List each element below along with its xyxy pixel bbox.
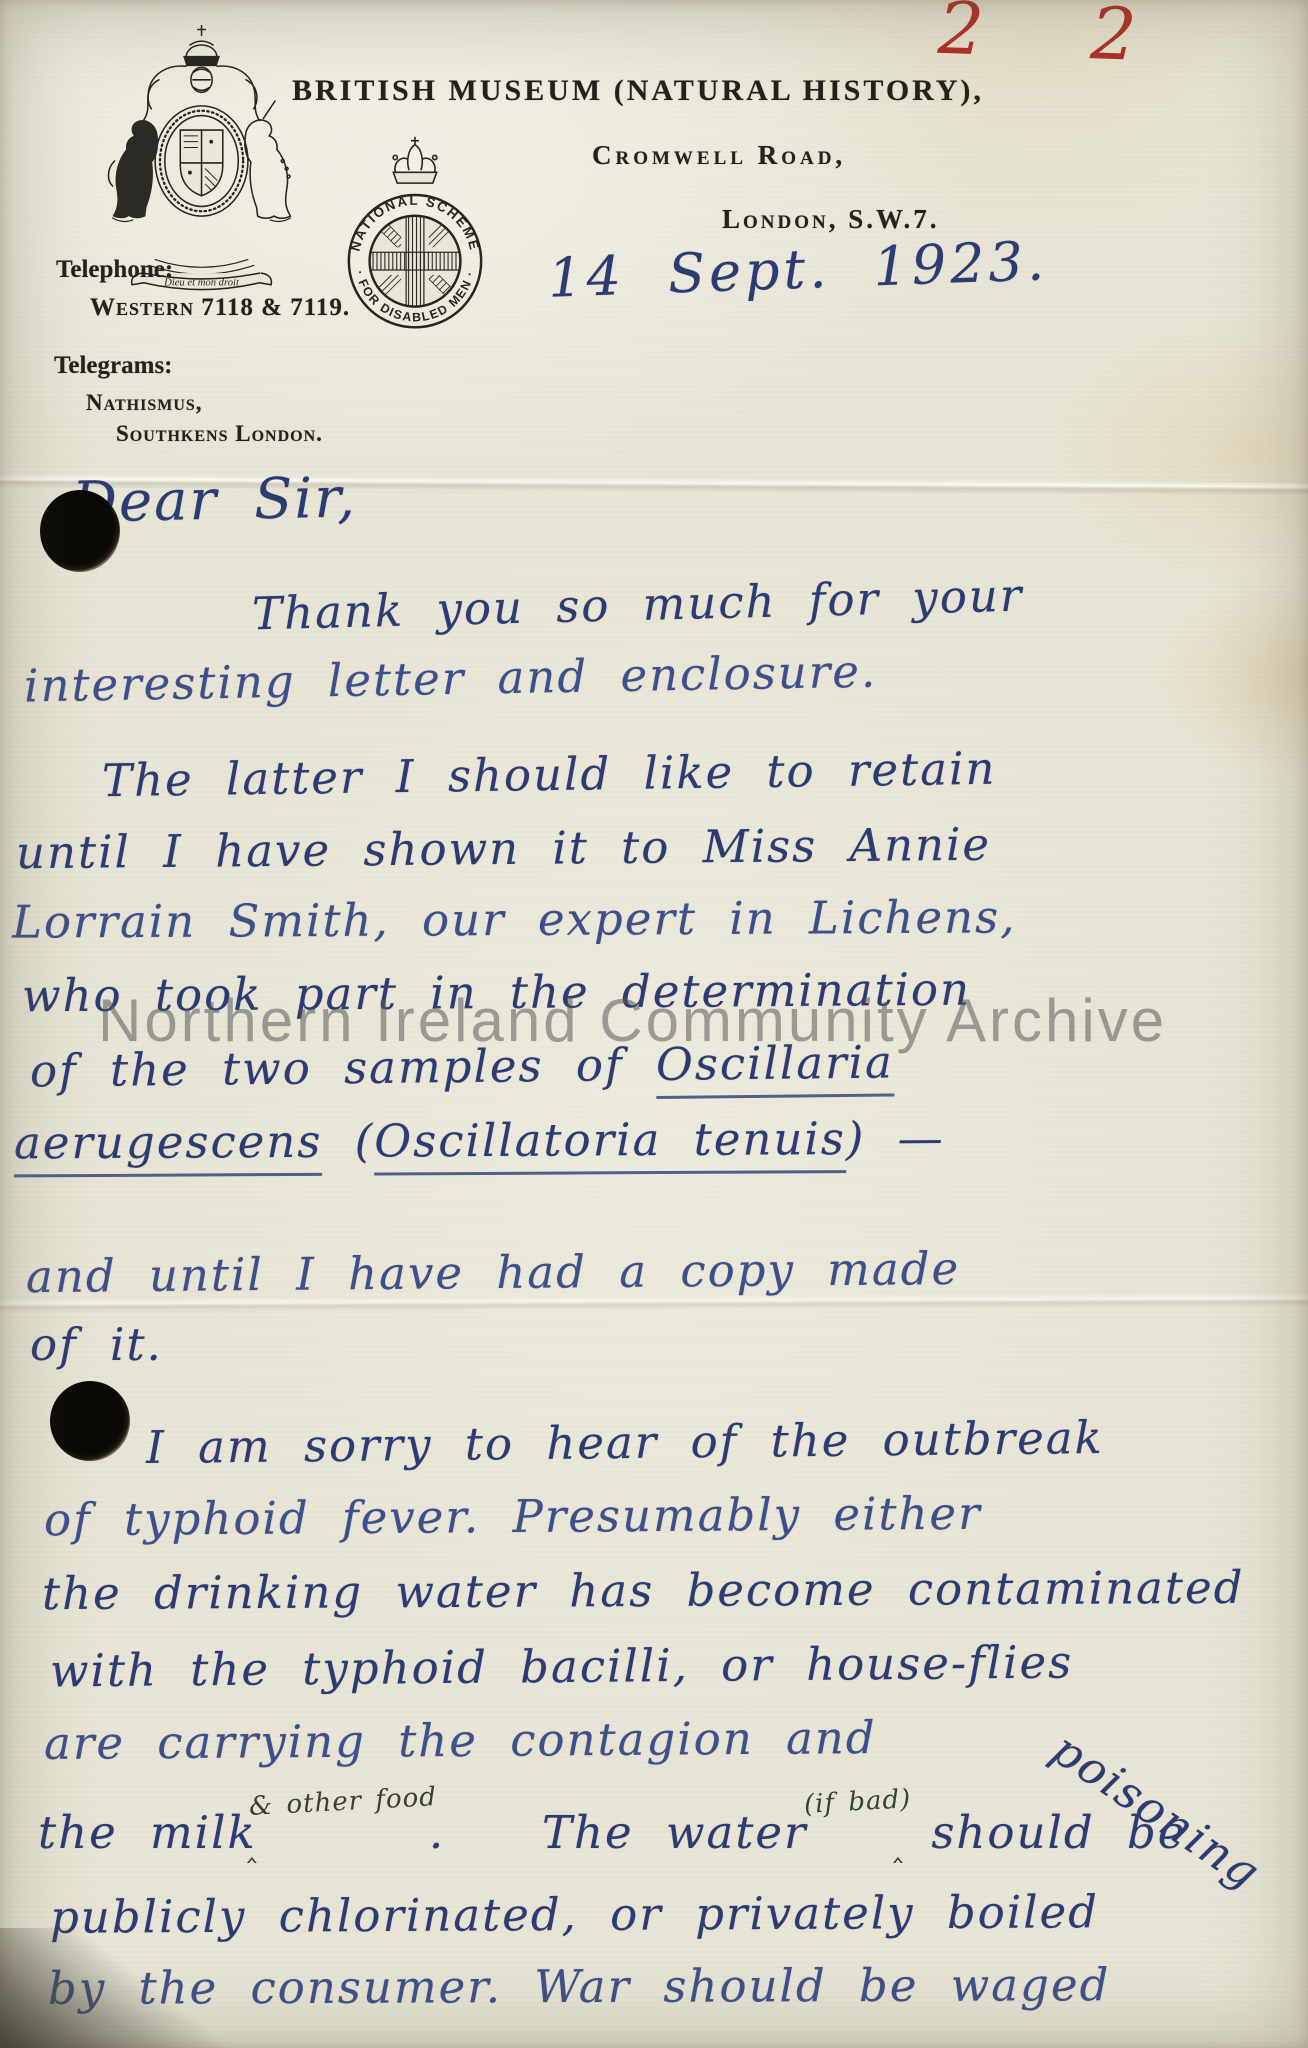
unicorn-supporter-icon: [245, 101, 291, 221]
line-text: ) —: [846, 1112, 945, 1166]
telephone-label: Telephone:: [56, 256, 173, 284]
handwritten-line: until I have shown it to Miss Annie: [16, 818, 991, 880]
underlined-species-name: Oscillatoria tenuis: [374, 1112, 846, 1175]
disabled-men-badge: NATIONAL SCHEME · FOR DISABLED MEN ·: [336, 132, 494, 336]
handwritten-line: and until I have had a copy made: [26, 1242, 961, 1303]
handwritten-line-with-insertions: the milk‸& other food. The water(if bad)…: [38, 1806, 1186, 1859]
letter-date: 14 Sept. 1923.: [547, 229, 1049, 309]
inserted-text: & other food: [248, 1782, 437, 1822]
lion-supporter-icon: [108, 120, 158, 221]
handwritten-line: by the consumer. War should be waged: [48, 1958, 1111, 2015]
handwritten-line: Thank you so much for your: [251, 569, 1023, 641]
telephone-numbers: Western 7118 & 7119.: [90, 294, 350, 322]
line-text: should be: [899, 1806, 1186, 1859]
royal-motto: Dieu et mon droit: [163, 278, 240, 289]
handwritten-line: of typhoid fever. Presumably either: [44, 1487, 982, 1547]
handwritten-line: of the two samples of Oscillaria: [30, 1035, 894, 1097]
punch-hole: [40, 490, 120, 572]
line-text: the milk: [38, 1806, 257, 1859]
underlined-species-name: aerugescens: [14, 1115, 323, 1178]
punch-hole: [50, 1381, 130, 1461]
handwritten-line: are carrying the contagion and: [44, 1711, 877, 1770]
handwritten-line: the drinking water has become contaminat…: [42, 1561, 1245, 1620]
address-city: London, S.W.7.: [722, 204, 940, 235]
handwritten-line: aerugescens (Oscillatoria tenuis) —: [14, 1112, 945, 1170]
institution-name: BRITISH MUSEUM (NATURAL HISTORY),: [292, 74, 984, 108]
inserted-text: (if bad): [803, 1784, 912, 1820]
handwritten-line: The latter I should like to retain: [102, 742, 997, 807]
crown-icon: [184, 26, 219, 66]
handwritten-line: I am sorry to hear of the outbreak: [146, 1411, 1104, 1474]
mantling: [144, 66, 260, 120]
line-text: of the two samples of: [30, 1038, 656, 1098]
address-street: Cromwell Road,: [592, 140, 846, 171]
handwritten-line: of it.: [30, 1318, 163, 1371]
telegrams-location: Southkens London.: [116, 421, 323, 447]
line-text: . The water: [429, 1806, 808, 1859]
telegrams-name: Nathismus,: [86, 390, 203, 416]
shield-icon: [180, 130, 223, 196]
handwritten-line: publicly chlorinated, or privately boile…: [50, 1885, 1099, 1943]
crown-icon: [393, 137, 437, 183]
archive-number: 2 2: [937, 0, 1180, 78]
handwritten-line: who took part in the determination: [22, 963, 971, 1023]
telegrams-label: Telegrams:: [54, 352, 173, 380]
insertion-caret: ‸: [247, 1829, 259, 1864]
underlined-species-name: Oscillaria: [656, 1035, 895, 1098]
insertion-caret: ‸: [893, 1829, 905, 1864]
handwritten-line: with the typhoid bacilli, or house-flies: [50, 1636, 1074, 1698]
line-text: (: [322, 1115, 374, 1168]
letter-scan-page: Dieu et mon droit BRITISH MUSEUM (NATURA…: [0, 0, 1308, 2048]
handwritten-line: interesting letter and enclosure.: [24, 645, 878, 713]
handwritten-line: Lorrain Smith, our expert in Lichens,: [12, 890, 1017, 948]
